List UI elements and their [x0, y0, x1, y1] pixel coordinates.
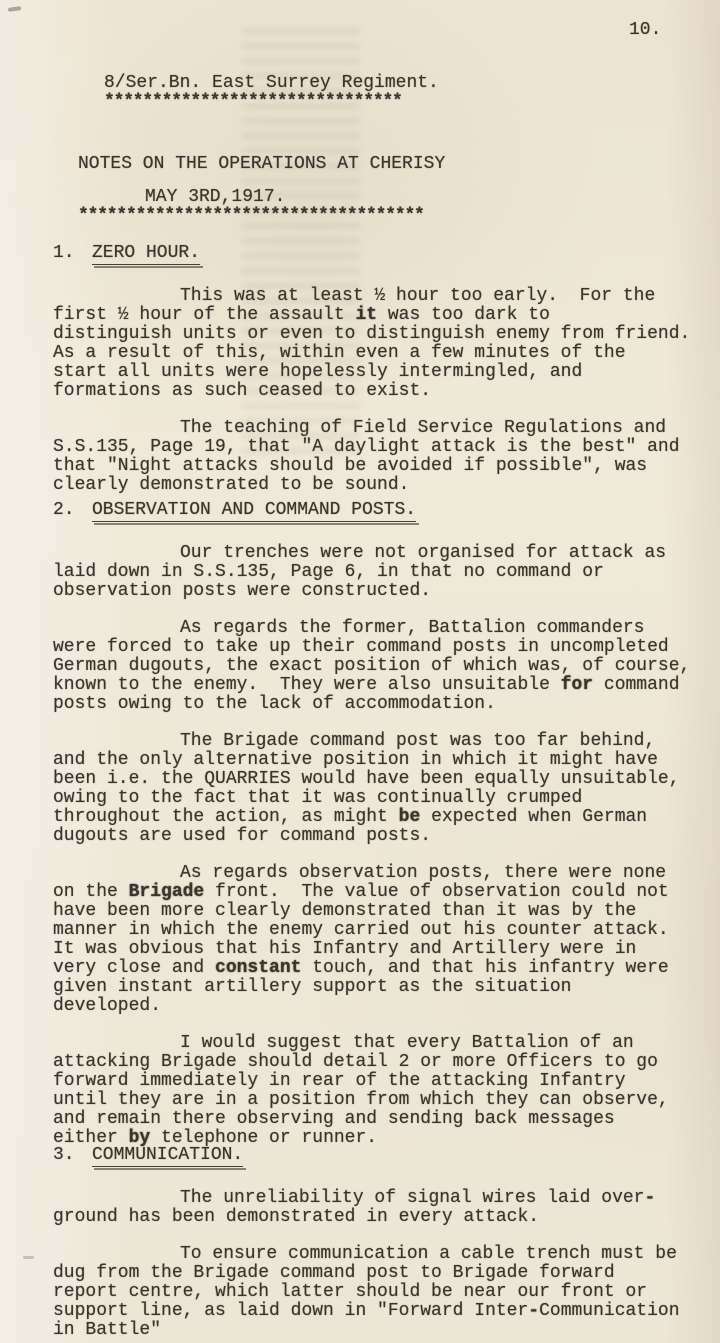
regiment-title: 8/Ser.Bn. East Surrey Regiment. [104, 74, 439, 93]
section-heading: OBSERVATION AND COMMAND POSTS. [92, 501, 416, 522]
text-line: on the Brigade front. The value of obser… [53, 883, 713, 902]
text-line: To ensure communication a cable trench m… [53, 1245, 713, 1264]
section-number: 1. [53, 244, 92, 263]
text-line: were forced to take up their command pos… [53, 638, 713, 657]
text-line: I would suggest that every Battalion of … [53, 1034, 713, 1053]
text-line: S.S.135, Page 19, that "A daylight attac… [53, 438, 713, 457]
text-line: known to the enemy. They were also unsui… [53, 676, 713, 695]
text-line: throughout the action, as might be expec… [53, 808, 713, 827]
document-title-block: NOTES ON THE OPERATIONS AT CHERISY MAY 3… [78, 155, 445, 226]
text-line: start all units were hopelessly intermin… [53, 363, 713, 382]
paragraph: To ensure communication a cable trench m… [53, 1245, 713, 1340]
paragraph: I would suggest that every Battalion of … [53, 1034, 713, 1148]
document-title: NOTES ON THE OPERATIONS AT CHERISY [78, 155, 445, 174]
text-line: Our trenches were not organised for atta… [53, 544, 713, 563]
section-heading: COMMUNICATION. [92, 1146, 243, 1167]
text-line: German dugouts, the exact position of wh… [53, 657, 713, 676]
text-line: forward immediately in rear of the attac… [53, 1072, 713, 1091]
document-page: 10. 8/Ser.Bn. East Surrey Regiment. ****… [0, 0, 720, 1343]
section-number: 3. [53, 1146, 92, 1165]
text-line: This was at least ½ hour too early. For … [53, 287, 713, 306]
text-line: The Brigade command post was too far beh… [53, 732, 713, 751]
text-line: As a result of this, within even a few m… [53, 344, 713, 363]
text-line: laid down in S.S.135, Page 6, in that no… [53, 563, 713, 582]
text-line: developed. [53, 997, 713, 1016]
ink-speck [23, 1256, 34, 1259]
text-line: attacking Brigade should detail 2 or mor… [53, 1053, 713, 1072]
text-line: formations as such ceased to exist. [53, 382, 713, 401]
text-line: given instant artillery support as the s… [53, 978, 713, 997]
text-line: support line, as laid down in "Forward I… [53, 1302, 713, 1321]
document-title-underline: ************************************ [78, 207, 445, 226]
text-line: and remain there observing and sending b… [53, 1110, 713, 1129]
text-line: in Battle" [53, 1321, 713, 1340]
section-1: 1.ZERO HOUR.This was at least ½ hour too… [53, 244, 713, 495]
text-line: first ½ hour of the assault it was too d… [53, 306, 713, 325]
regiment-header: 8/Ser.Bn. East Surrey Regiment. ********… [104, 74, 439, 112]
page-number: 10. [629, 20, 661, 40]
text-line: As regards observation posts, there were… [53, 864, 713, 883]
text-line: report centre, which latter should be ne… [53, 1283, 713, 1302]
text-line: been i.e. the QUARRIES would have been e… [53, 770, 713, 789]
paragraph: This was at least ½ hour too early. For … [53, 287, 713, 401]
section-number: 2. [53, 501, 92, 520]
text-line: distinguish units or even to distinguish… [53, 325, 713, 344]
paragraph: As regards the former, Battalion command… [53, 619, 713, 714]
paragraph: As regards observation posts, there were… [53, 864, 713, 1016]
section-2: 2.OBSERVATION AND COMMAND POSTS.Our tren… [53, 501, 713, 1148]
text-line: owing to the fact that it was continuall… [53, 789, 713, 808]
paragraph: The unreliability of signal wires laid o… [53, 1189, 713, 1227]
paragraph: The teaching of Field Service Regulation… [53, 419, 713, 495]
text-line: The teaching of Field Service Regulation… [53, 419, 713, 438]
text-line: As regards the former, Battalion command… [53, 619, 713, 638]
text-line: very close and constant touch, and that … [53, 959, 713, 978]
section-heading-row: 3.COMMUNICATION. [53, 1146, 713, 1167]
paragraph: Our trenches were not organised for atta… [53, 544, 713, 601]
text-line: that "Night attacks should be avoided if… [53, 457, 713, 476]
text-line: observation posts were constructed. [53, 582, 713, 601]
text-line: manner in which the enemy carried out hi… [53, 921, 713, 940]
section-heading-row: 2.OBSERVATION AND COMMAND POSTS. [53, 501, 713, 522]
paragraph: The Brigade command post was too far beh… [53, 732, 713, 846]
text-line: have been more clearly demonstrated than… [53, 902, 713, 921]
text-line: until they are in a position from which … [53, 1091, 713, 1110]
document-date: MAY 3RD,1917. [145, 188, 445, 207]
text-line: posts owing to the lack of accommodation… [53, 695, 713, 714]
text-line: and the only alternative position in whi… [53, 751, 713, 770]
section-heading: ZERO HOUR. [92, 244, 200, 265]
text-line: clearly demonstrated to be sound. [53, 476, 713, 495]
ink-speck [8, 6, 21, 12]
text-line: ground has been demonstrated in every at… [53, 1208, 713, 1227]
section-heading-row: 1.ZERO HOUR. [53, 244, 713, 265]
section-3: 3.COMMUNICATION.The unreliability of sig… [53, 1146, 713, 1340]
text-line: dugouts are used for command posts. [53, 827, 713, 846]
text-line: dug from the Brigade command post to Bri… [53, 1264, 713, 1283]
regiment-title-underline: ******************************* [104, 93, 439, 112]
text-line: The unreliability of signal wires laid o… [53, 1189, 713, 1208]
text-line: It was obvious that his Infantry and Art… [53, 940, 713, 959]
